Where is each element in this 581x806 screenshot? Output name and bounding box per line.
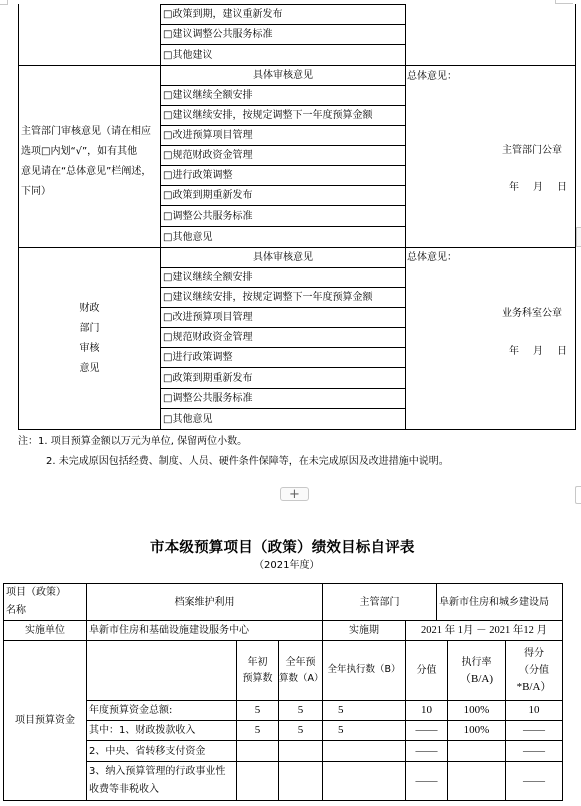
finance-overall-opinion-box[interactable]: 总体意见： 业务科室公章 年 月 日 xyxy=(405,247,576,430)
page-corner-mark-top-left xyxy=(0,0,8,5)
col-exec-rate: 执行率 （B/A) xyxy=(447,640,506,701)
dept-option-3[interactable]: □改进预算项目管理 xyxy=(160,125,406,146)
finance-option-8[interactable]: □其他意见 xyxy=(160,408,406,430)
finance-date-label: 年 月 日 xyxy=(509,345,569,358)
col-score-line-2: （分值 xyxy=(517,662,552,679)
dept-review-label-line-4: 下同） xyxy=(21,182,151,202)
page-corner-mark-bottom-right xyxy=(575,486,581,504)
prev-option-1[interactable]: □政策到期，建议重新发布 xyxy=(160,4,406,25)
dept-option-2[interactable]: □建议继续安排，按规定调整下一年度预算金额 xyxy=(160,105,406,126)
funds-row-1-score: 10 xyxy=(505,700,563,721)
funds-header-blank xyxy=(86,640,237,701)
funds-row-2-label: 其中：1、财政拨款收入 xyxy=(86,720,237,741)
project-name-label: 项目（政策） 名称 xyxy=(3,583,87,621)
dept-value: 阜新市住房和城乡建设局 xyxy=(436,583,563,621)
note-2: 2. 未完成原因包括经费、制度、人员、硬件条件保障等，在未完成原因及改进措施中说… xyxy=(46,452,449,467)
finance-option-3[interactable]: □改进预算项目管理 xyxy=(160,307,406,328)
period-value: 2021 年 1月 － 2021 年12 月 xyxy=(405,620,563,641)
dept-option-1[interactable]: □建议继续全额安排 xyxy=(160,85,406,106)
page-corner-mark-right xyxy=(576,227,581,247)
finance-review-label-line-4: 意见 xyxy=(80,359,100,379)
funds-row-3-label: 2、中央、省转移支付资金 xyxy=(86,740,237,762)
dept-review-label-line-2: 选项□内划“√”，如有其他 xyxy=(21,142,151,162)
prev-option-3[interactable]: □其他建议 xyxy=(160,44,406,66)
period-label: 实施期 xyxy=(322,620,406,641)
funds-row-4-annual xyxy=(278,761,323,801)
finance-review-header: 具体审核意见 xyxy=(160,247,406,268)
finance-option-1[interactable]: □建议继续全额安排 xyxy=(160,267,406,288)
finance-seal-label: 业务科室公章 xyxy=(502,307,562,320)
funds-row-2-annual: 5 xyxy=(278,720,323,741)
col-exec-rate-line-1: 执行率 xyxy=(460,654,493,671)
dept-review-label: 主管部门审核意见（请在相应 选项□内划“√”，如有其他 意见请在“总体意见”栏阐… xyxy=(18,65,161,248)
funds-row-4-score: —— xyxy=(505,761,563,801)
dept-label: 主管部门 xyxy=(322,583,437,621)
prev-option-2[interactable]: □建议调整公共服务标准 xyxy=(160,24,406,45)
funds-label: 项目预算资金 xyxy=(3,640,87,801)
dept-review-header: 具体审核意见 xyxy=(160,65,406,86)
add-table-button[interactable]: + xyxy=(280,487,309,501)
col-initial-budget: 年初 预算数 xyxy=(236,640,279,701)
funds-row-4-initial xyxy=(236,761,279,801)
funds-row-1-annual: 5 xyxy=(278,700,323,721)
project-name-label-line-1: 项目（政策） xyxy=(6,584,66,602)
funds-row-3-annual xyxy=(278,740,323,762)
funds-row-4-label-line-1: 3、纳入预算管理的行政事业性 xyxy=(89,763,225,781)
prev-section-left-border xyxy=(18,4,19,68)
funds-row-3-rate xyxy=(447,740,506,762)
form-title: 市本级预算项目（政策）绩效目标自评表 xyxy=(150,536,415,557)
funds-row-2-initial: 5 xyxy=(236,720,279,741)
funds-row-3-exec xyxy=(322,740,406,762)
finance-review-label-line-2: 部门 xyxy=(80,319,100,339)
dept-date-label: 年 月 日 xyxy=(509,181,569,194)
page-corner-mark-top-right xyxy=(555,0,573,4)
funds-row-1-value: 10 xyxy=(405,700,448,721)
note-1: 注：1. 项目预算金额以万元为单位, 保留两位小数。 xyxy=(18,432,247,447)
dept-option-6[interactable]: □政策到期重新发布 xyxy=(160,185,406,206)
finance-option-2[interactable]: □建议继续安排，按规定调整下一年度预算金额 xyxy=(160,287,406,308)
col-score-line-1: 得分 xyxy=(517,645,552,662)
col-score-value: 分值 xyxy=(405,640,448,701)
col-annual-budget-line-1: 全年预 xyxy=(279,655,322,671)
finance-option-7[interactable]: □调整公共服务标准 xyxy=(160,388,406,409)
dept-review-label-line-1: 主管部门审核意见（请在相应 xyxy=(21,122,151,142)
project-name-value: 档案维护利用 xyxy=(86,583,323,621)
col-initial-budget-line-2: 预算数 xyxy=(243,671,273,687)
funds-row-3-value: —— xyxy=(405,740,448,762)
finance-option-6[interactable]: □政策到期重新发布 xyxy=(160,367,406,389)
funds-row-4-label: 3、纳入预算管理的行政事业性 收费等非税收入 xyxy=(86,761,237,801)
funds-row-1-exec: 5 xyxy=(322,700,406,721)
funds-row-4-rate xyxy=(447,761,506,801)
col-score: 得分 （分值 *B/A） xyxy=(505,640,563,701)
funds-row-2-value: —— xyxy=(405,720,448,741)
funds-row-4-value: —— xyxy=(405,761,448,801)
col-score-line-3: *B/A） xyxy=(517,679,552,696)
col-annual-budget: 全年预 算数（A） xyxy=(278,640,323,701)
project-name-label-line-2: 名称 xyxy=(6,602,66,620)
prev-section-right-border xyxy=(575,4,576,68)
finance-option-4[interactable]: □规范财政资金管理 xyxy=(160,327,406,348)
col-exec-rate-line-2: （B/A) xyxy=(460,671,493,688)
funds-row-4-label-line-2: 收费等非税收入 xyxy=(89,781,225,799)
funds-row-1-rate: 100% xyxy=(447,700,506,721)
dept-option-8[interactable]: □其他意见 xyxy=(160,226,406,248)
funds-row-2-score: —— xyxy=(505,720,563,741)
col-initial-budget-line-1: 年初 xyxy=(243,655,273,671)
dept-option-4[interactable]: □规范财政资金管理 xyxy=(160,145,406,166)
dept-overall-opinion-box[interactable]: 总体意见： 主管部门公章 年 月 日 xyxy=(405,65,576,248)
unit-label: 实施单位 xyxy=(3,620,87,641)
funds-row-4-exec xyxy=(322,761,406,801)
dept-overall-label: 总体意见： xyxy=(407,70,457,83)
finance-review-label-line-1: 财政 xyxy=(80,299,100,319)
dept-seal-label: 主管部门公章 xyxy=(502,144,562,157)
dept-review-label-line-3: 意见请在“总体意见”栏阐述， xyxy=(21,162,151,182)
finance-review-label: 财政 部门 审核 意见 xyxy=(18,247,161,430)
finance-review-label-line-3: 审核 xyxy=(80,339,100,359)
funds-row-1-initial: 5 xyxy=(236,700,279,721)
col-annual-budget-line-2: 算数（A） xyxy=(279,671,322,687)
funds-row-3-score: —— xyxy=(505,740,563,762)
dept-option-5[interactable]: □进行政策调整 xyxy=(160,165,406,186)
unit-value: 阜新市住房和基础设施建设服务中心 xyxy=(86,620,323,641)
finance-option-5[interactable]: □进行政策调整 xyxy=(160,347,406,368)
funds-row-2-exec: 5 xyxy=(322,720,406,741)
form-subtitle: （2021年度） xyxy=(254,556,319,571)
dept-option-7[interactable]: □调整公共服务标准 xyxy=(160,205,406,227)
funds-row-3-initial xyxy=(236,740,279,762)
funds-row-2-rate: 100% xyxy=(447,720,506,741)
funds-row-1-label: 年度预算资金总额: xyxy=(86,700,237,721)
finance-overall-label: 总体意见： xyxy=(407,251,457,264)
col-annual-exec: 全年执行数（B） xyxy=(322,640,406,701)
plus-icon: + xyxy=(289,487,300,502)
